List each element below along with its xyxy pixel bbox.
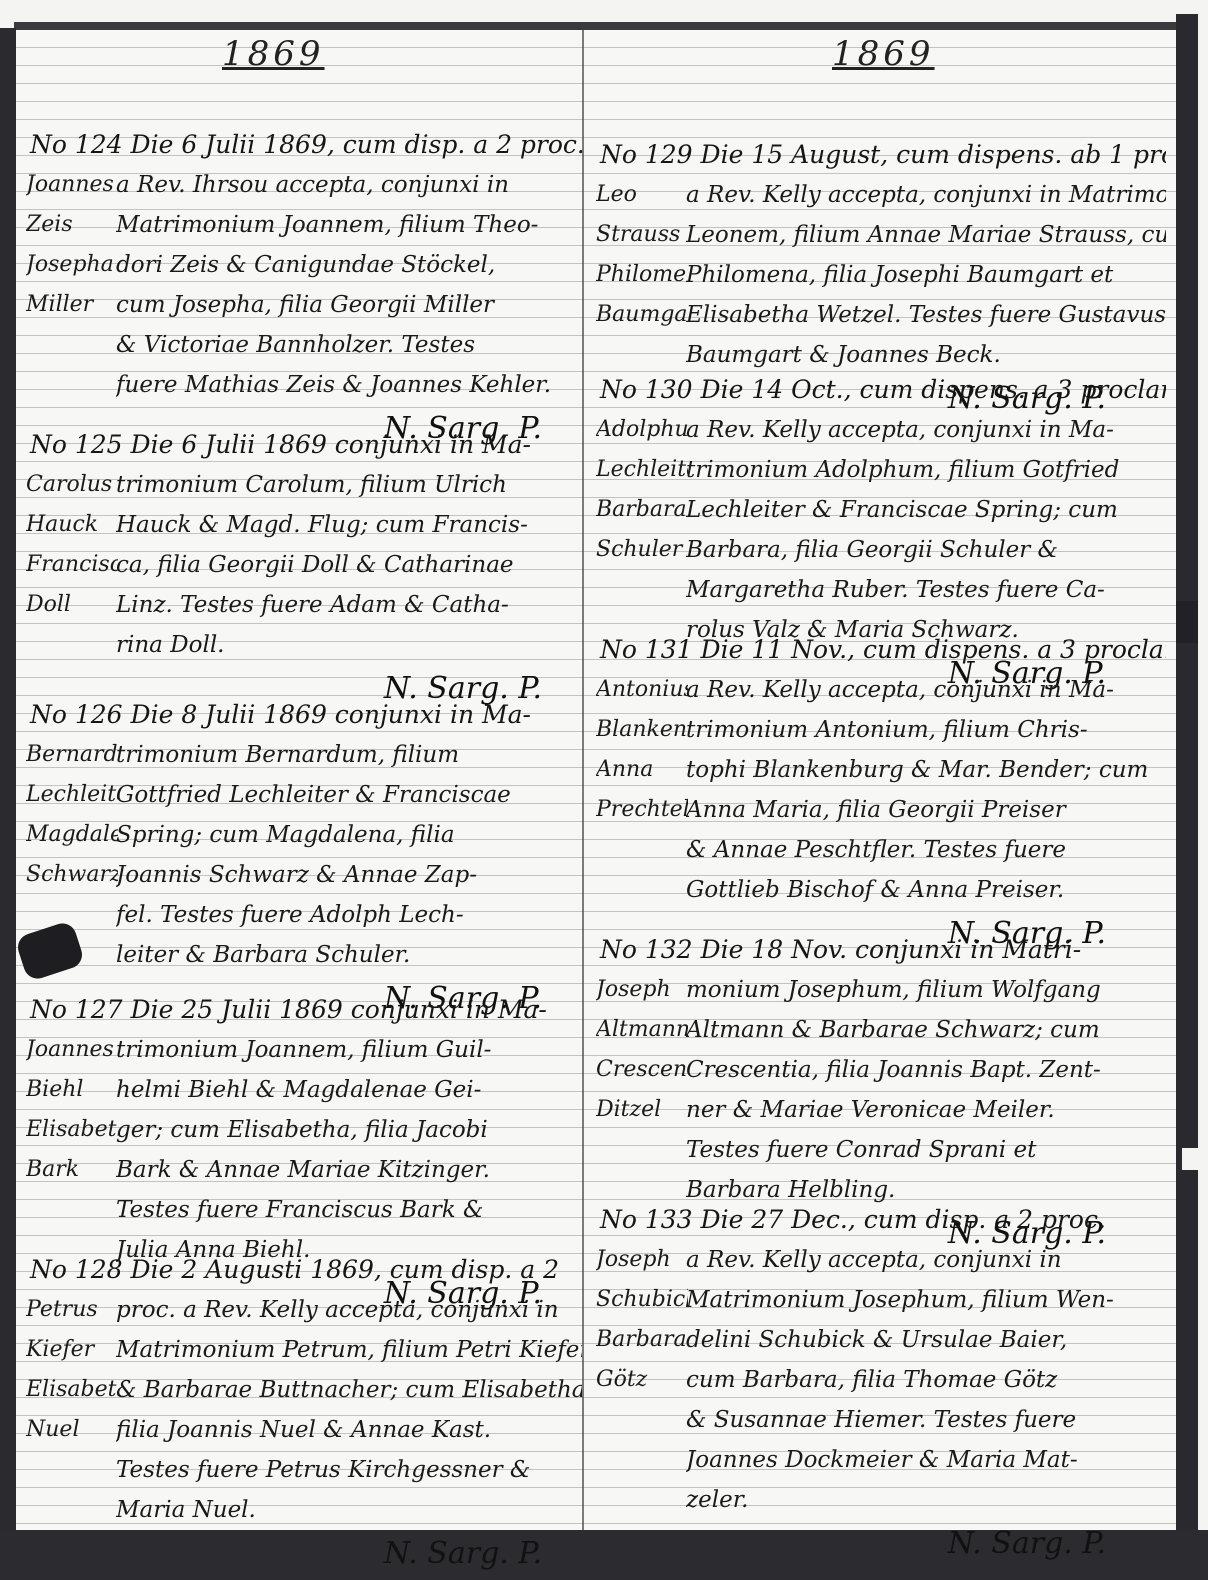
entry-line: trimonium Adolphum, filium Gotfried [686, 450, 1166, 490]
margin-name: Blankenburg [596, 710, 688, 750]
margin-name: Lechleiter [26, 775, 118, 815]
entry-heading: No 124 Die 6 Julii 1869, cum disp. a 2 p… [16, 125, 582, 165]
margin-name: Götz [596, 1360, 688, 1400]
margin-name: Lechleiter [596, 450, 688, 490]
margin-name: Antonius [596, 670, 688, 710]
margin-names: JosephSchubickBarbaraGötz [596, 1240, 696, 1400]
entry-line: ner & Mariae Veronicae Meiler. [686, 1090, 1166, 1130]
margin-name: Joseph [596, 1240, 688, 1280]
entry-line: & Annae Peschtfler. Testes fuere [686, 830, 1166, 870]
margin-names: CarolusHauckFranciscaDoll [26, 465, 126, 625]
entry-line: fel. Testes fuere Adolph Lech- [116, 895, 582, 935]
margin-name: Carolus [26, 465, 118, 505]
margin-name: Schubick [596, 1280, 688, 1320]
entry-heading: No 127 Die 25 Julii 1869 conjunxi in Ma- [16, 990, 582, 1030]
entry-line: fuere Mathias Zeis & Joannes Kehler. [116, 365, 582, 405]
entry-heading: No 126 Die 8 Julii 1869 conjunxi in Ma- [16, 695, 582, 735]
margin-name: Miller [26, 285, 118, 325]
margin-name: Leo [596, 175, 688, 215]
entry-body: AntoniusBlankenburgAnna MariaPrechtela R… [586, 670, 1166, 910]
right-page-column: 1869 No 129 Die 15 August, cum dispens. … [586, 30, 1166, 1530]
margin-name: Anna Maria [596, 750, 688, 790]
scan-edge-top [14, 22, 1184, 30]
entry-line: Philomena, filia Josephi Baumgart et [686, 255, 1166, 295]
entry-body: PetrusKieferElisabethaNuelproc. a Rev. K… [16, 1290, 582, 1530]
entry-line: Margaretha Ruber. Testes fuere Ca- [686, 570, 1166, 610]
entry-line: Testes fuere Franciscus Bark & [116, 1190, 582, 1230]
margin-names: JoannesBiehlElisabethaBark [26, 1030, 126, 1190]
entry-line: filia Joannis Nuel & Annae Kast. [116, 1410, 582, 1450]
margin-name: Joannes [26, 165, 118, 205]
entry-line: Testes fuere Petrus Kirchgessner & [116, 1450, 582, 1490]
margin-name: Barbara [596, 490, 688, 530]
column-divider [582, 30, 584, 1530]
margin-names: PetrusKieferElisabethaNuel [26, 1290, 126, 1450]
entry-line: trimonium Antonium, filium Chris- [686, 710, 1166, 750]
year-heading: 1869 [222, 34, 325, 74]
margin-name: Bark [26, 1150, 118, 1190]
entry-line: Hauck & Magd. Flug; cum Francis- [116, 505, 582, 545]
margin-name: Joannes [26, 1030, 118, 1070]
entry-line: Spring; cum Magdalena, filia [116, 815, 582, 855]
entry-line: ca, filia Georgii Doll & Catharinae [116, 545, 582, 585]
margin-name: Bernardus [26, 735, 118, 775]
margin-name: Schwarz [26, 855, 118, 895]
entry-line: Matrimonium Petrum, filium Petri Kiefer [116, 1330, 582, 1370]
margin-names: BernardusLechleiterMagdalenaSchwarz [26, 735, 126, 895]
entry-line: Joannis Schwarz & Annae Zap- [116, 855, 582, 895]
entry-line: cum Barbara, filia Thomae Götz [686, 1360, 1166, 1400]
register-page: 1869 No 124 Die 6 Julii 1869, cum disp. … [16, 30, 1176, 1530]
entry-body: JoannesZeisJosephaMillera Rev. Ihrsou ac… [16, 165, 582, 405]
margin-name: Doll [26, 585, 118, 625]
margin-name: Kiefer [26, 1330, 118, 1370]
register-entry: No 128 Die 2 Augusti 1869, cum disp. a 2… [16, 1250, 582, 1578]
entry-body: JosephSchubickBarbaraGötza Rev. Kelly ac… [586, 1240, 1166, 1520]
entry-line: Barbara, filia Georgii Schuler & [686, 530, 1166, 570]
entry-line: trimonium Bernardum, filium [116, 735, 582, 775]
entry-body: AdolphusLechleiterBarbaraSchulera Rev. K… [586, 410, 1166, 650]
entry-line: & Susannae Hiemer. Testes fuere [686, 1400, 1166, 1440]
scan-edge-left [0, 28, 16, 1580]
entry-line: trimonium Joannem, filium Guil- [116, 1030, 582, 1070]
margin-names: AdolphusLechleiterBarbaraSchuler [596, 410, 696, 570]
entry-line: delini Schubick & Ursulae Baier, [686, 1320, 1166, 1360]
margin-name: Francisca [26, 545, 118, 585]
priest-signature: N. Sarg. P. [586, 1520, 1166, 1568]
entry-body: BernardusLechleiterMagdalenaSchwarztrimo… [16, 735, 582, 975]
entry-line: ger; cum Elisabetha, filia Jacobi [116, 1110, 582, 1150]
margin-name: Barbara [596, 1320, 688, 1360]
entry-line: Linz. Testes fuere Adam & Catha- [116, 585, 582, 625]
entry-line: trimonium Carolum, filium Ulrich [116, 465, 582, 505]
margin-name: Schuler [596, 530, 688, 570]
entry-line: Matrimonium Josephum, filium Wen- [686, 1280, 1166, 1320]
margin-name: Biehl [26, 1070, 118, 1110]
entry-line: & Barbarae Buttnacher; cum Elisabetha, [116, 1370, 582, 1410]
margin-name: Crescentia [596, 1050, 688, 1090]
entry-heading: No 131 Die 11 Nov., cum dispens. a 3 pro… [586, 630, 1166, 670]
margin-name: Petrus [26, 1290, 118, 1330]
entry-line: & Victoriae Bannholzer. Testes [116, 325, 582, 365]
entry-line: a Rev. Kelly accepta, conjunxi in Matrim… [686, 175, 1166, 215]
entry-line: a Rev. Kelly accepta, conjunxi in Ma- [686, 670, 1166, 710]
entry-line: Maria Nuel. [116, 1490, 582, 1530]
entry-line: monium Josephum, filium Wolfgang [686, 970, 1166, 1010]
margin-name: Hauck [26, 505, 118, 545]
entry-line: a Rev. Ihrsou accepta, conjunxi in [116, 165, 582, 205]
margin-names: JosephAltmannCrescentiaDitzel [596, 970, 696, 1130]
entry-line: Leonem, filium Annae Mariae Strauss, cum [686, 215, 1166, 255]
entry-line: a Rev. Kelly accepta, conjunxi in Ma- [686, 410, 1166, 450]
entry-heading: No 129 Die 15 August, cum dispens. ab 1 … [586, 135, 1166, 175]
entry-line: a Rev. Kelly accepta, conjunxi in [686, 1240, 1166, 1280]
entry-line: Altmann & Barbarae Schwarz; cum [686, 1010, 1166, 1050]
register-entry: No 126 Die 8 Julii 1869 conjunxi in Ma-B… [16, 695, 582, 1023]
scan-edge-right [1176, 14, 1198, 1534]
margin-name: Baumgart [596, 295, 688, 335]
entry-heading: No 132 Die 18 Nov. conjunxi in Matri- [586, 930, 1166, 970]
entry-heading: No 125 Die 6 Julii 1869 conjunxi in Ma- [16, 425, 582, 465]
margin-name: Elisabetha [26, 1370, 118, 1410]
entry-heading: No 128 Die 2 Augusti 1869, cum disp. a 2 [16, 1250, 582, 1290]
entry-body: JosephAltmannCrescentiaDitzelmonium Jose… [586, 970, 1166, 1210]
register-entry: No 133 Die 27 Dec., cum disp. a 2 proc.J… [586, 1200, 1166, 1568]
margin-names: AntoniusBlankenburgAnna MariaPrechtel [596, 670, 696, 830]
entry-line: Joannes Dockmeier & Maria Mat- [686, 1440, 1166, 1480]
entry-body: JoannesBiehlElisabethaBarktrimonium Joan… [16, 1030, 582, 1270]
page-tear [1182, 1148, 1208, 1170]
entry-line: dori Zeis & Canigundae Stöckel, [116, 245, 582, 285]
entry-line: Gottfried Lechleiter & Franciscae [116, 775, 582, 815]
margin-name: Strauss [596, 215, 688, 255]
margin-names: LeoStraussPhilomenaBaumgart [596, 175, 696, 335]
margin-name: Adolphus [596, 410, 688, 450]
entry-line: tophi Blankenburg & Mar. Bender; cum [686, 750, 1166, 790]
entry-line: rina Doll. [116, 625, 582, 665]
entry-line: Matrimonium Joannem, filium Theo- [116, 205, 582, 245]
entry-line: Testes fuere Conrad Sprani et [686, 1130, 1166, 1170]
margin-name: Altmann [596, 1010, 688, 1050]
margin-name: Nuel [26, 1410, 118, 1450]
entry-line: Bark & Annae Mariae Kitzinger. [116, 1150, 582, 1190]
register-entry: No 124 Die 6 Julii 1869, cum disp. a 2 p… [16, 125, 582, 453]
entry-line: Gottlieb Bischof & Anna Preiser. [686, 870, 1166, 910]
register-entry: No 131 Die 11 Nov., cum dispens. a 3 pro… [586, 630, 1166, 958]
entry-line: Lechleiter & Franciscae Spring; cum [686, 490, 1166, 530]
entry-line: Anna Maria, filia Georgii Preiser [686, 790, 1166, 830]
priest-signature: N. Sarg. P. [16, 1530, 582, 1578]
entry-body: CarolusHauckFranciscaDolltrimonium Carol… [16, 465, 582, 665]
entry-line: proc. a Rev. Kelly accepta, conjunxi in [116, 1290, 582, 1330]
margin-name: Elisabetha [26, 1110, 118, 1150]
entry-body: LeoStraussPhilomenaBaumgarta Rev. Kelly … [586, 175, 1166, 375]
entry-line: Elisabetha Wetzel. Testes fuere Gustavus [686, 295, 1166, 335]
margin-names: JoannesZeisJosephaMiller [26, 165, 126, 325]
entry-line: Crescentia, filia Joannis Bapt. Zent- [686, 1050, 1166, 1090]
entry-heading: No 133 Die 27 Dec., cum disp. a 2 proc. [586, 1200, 1166, 1240]
entry-heading: No 130 Die 14 Oct., cum dispens. a 3 pro… [586, 370, 1166, 410]
year-heading: 1869 [832, 34, 935, 74]
register-entry: No 125 Die 6 Julii 1869 conjunxi in Ma-C… [16, 425, 582, 713]
margin-name: Joseph [596, 970, 688, 1010]
margin-name: Prechtel [596, 790, 688, 830]
entry-line: cum Josepha, filia Georgii Miller [116, 285, 582, 325]
margin-name: Magdalena [26, 815, 118, 855]
margin-name: Josepha [26, 245, 118, 285]
left-page-column: 1869 No 124 Die 6 Julii 1869, cum disp. … [16, 30, 582, 1530]
entry-line: Baumgart & Joannes Beck. [686, 335, 1166, 375]
margin-name: Philomena [596, 255, 688, 295]
entry-line: zeler. [686, 1480, 1166, 1520]
margin-name: Zeis [26, 205, 118, 245]
entry-line: leiter & Barbara Schuler. [116, 935, 582, 975]
entry-line: helmi Biehl & Magdalenae Gei- [116, 1070, 582, 1110]
margin-name: Ditzel [596, 1090, 688, 1130]
